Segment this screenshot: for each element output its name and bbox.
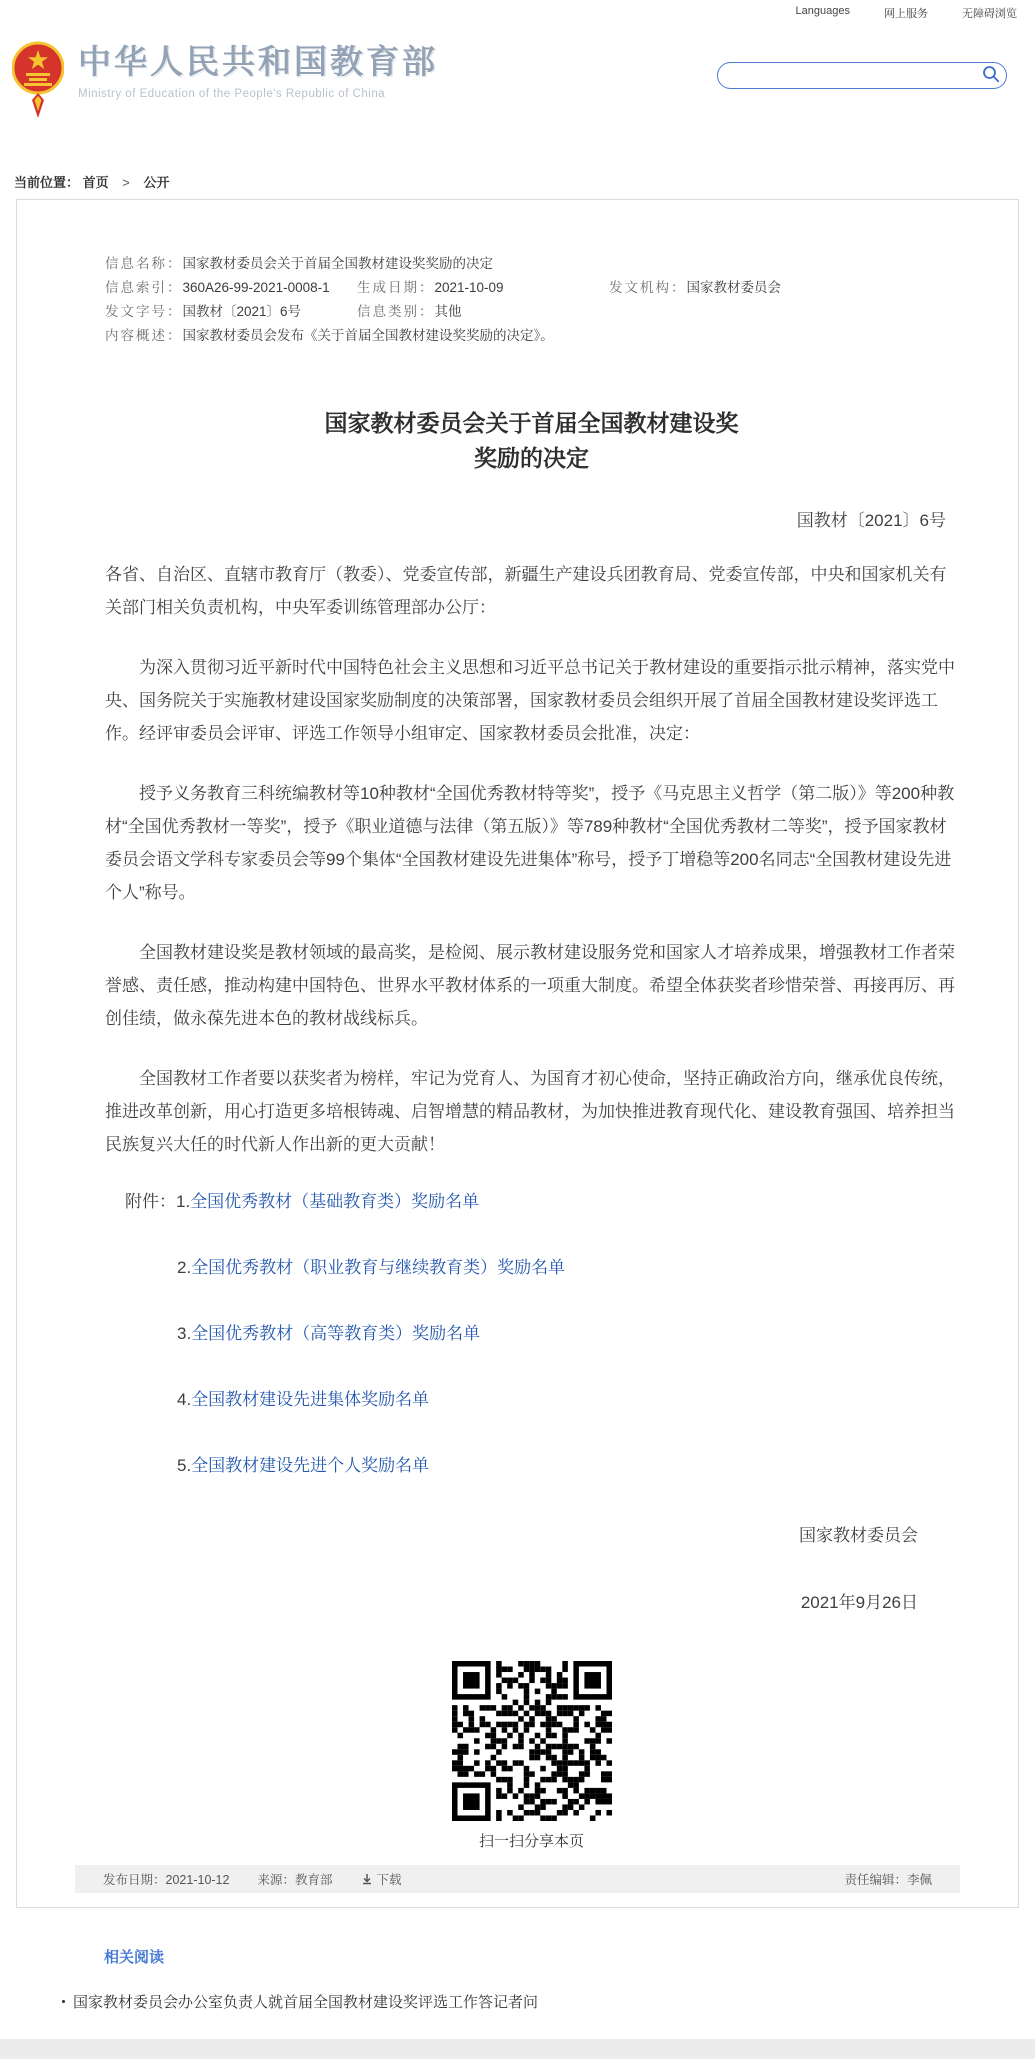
publish-date: 发布日期：2021-10-12 — [103, 1870, 229, 1888]
breadcrumb-label: 当前位置： — [14, 175, 79, 190]
article-title-line2: 奖励的决定 — [474, 445, 589, 471]
paragraph-3: 全国教材建设奖是教材领域的最高奖，是检阅、展示教材建设服务党和国家人才培养成果，… — [105, 936, 958, 1035]
attachments-list: 附件： 1. 全国优秀教材（基础教育类）奖励名单 2. 全国优秀教材（职业教育与… — [105, 1191, 958, 1477]
bullet-dot-icon — [62, 2000, 65, 2003]
related-reading-list: 国家教材委员会办公室负责人就首届全国教材建设奖评选工作答记者问 — [62, 1991, 1035, 2012]
paragraph-addressee: 各省、自治区、直辖市教育厅（教委）、党委宣传部，新疆生产建设兵团教育局、党委宣传… — [105, 558, 958, 624]
qr-caption: 扫一扫分享本页 — [105, 1830, 958, 1851]
document-card-inner: 信息名称： 国家教材委员会关于首届全国教材建设奖奖励的决定 信息索引：360A2… — [17, 200, 1018, 1851]
page-bottom-band — [0, 2039, 1035, 2059]
article-body: 各省、自治区、直辖市教育厅（教委）、党委宣传部，新疆生产建设兵团教育局、党委宣传… — [105, 558, 958, 1161]
attachment-4-num: 4. — [177, 1389, 191, 1411]
source-value: 教育部 — [295, 1873, 333, 1887]
publish-date-label: 发布日期： — [103, 1873, 166, 1887]
info-index-label: 信息索引： — [105, 280, 183, 295]
article-meta-bar: 发布日期：2021-10-12 来源：教育部 下载 责任编辑：李佩 — [75, 1865, 960, 1893]
attachments-label: 附件： — [125, 1191, 176, 1213]
info-index-cell: 信息索引：360A26-99-2021-0008-1 — [105, 276, 357, 300]
info-summary-label: 内容概述： — [105, 324, 183, 348]
attachment-row-1: 附件： 1. 全国优秀教材（基础教育类）奖励名单 — [105, 1191, 958, 1213]
download-label: 下载 — [377, 1870, 402, 1888]
attachment-1-num: 1. — [176, 1191, 190, 1213]
info-category-value: 其他 — [435, 304, 462, 319]
info-category-label: 信息类别： — [357, 304, 435, 319]
info-row-docno: 发文字号：国教材〔2021〕6号 信息类别：其他 — [105, 300, 958, 324]
info-date-value: 2021-10-09 — [435, 280, 504, 295]
accessibility-link[interactable]: 无障碍浏览 — [962, 5, 1017, 22]
info-org-value: 国家教材委员会 — [687, 280, 782, 295]
search-input[interactable] — [717, 62, 1007, 89]
source: 来源：教育部 — [257, 1870, 332, 1888]
editor-value: 李佩 — [907, 1873, 932, 1887]
signature-organization: 国家教材委员会 — [105, 1521, 958, 1546]
download-button[interactable]: 下载 — [361, 1870, 402, 1888]
info-org-cell: 发文机构：国家教材委员会 — [609, 276, 958, 300]
site-header: 中华人民共和国教育部 Ministry of Education of the … — [0, 22, 1035, 142]
languages-link[interactable]: Languages — [796, 5, 850, 22]
attachment-row-3: 3. 全国优秀教材（高等教育类）奖励名单 — [105, 1323, 958, 1345]
info-row-summary: 内容概述： 国家教材委员会发布《关于首届全国教材建设奖奖励的决定》。 — [105, 324, 958, 348]
top-utility-bar: Languages 网上服务 无障碍浏览 — [0, 0, 1035, 22]
search-box — [717, 62, 1007, 89]
article-title: 国家教材委员会关于首届全国教材建设奖 奖励的决定 — [105, 406, 958, 476]
download-icon — [361, 1873, 373, 1885]
breadcrumb-separator: > — [122, 175, 130, 190]
related-item: 国家教材委员会办公室负责人就首届全国教材建设奖评选工作答记者问 — [62, 1991, 1035, 2012]
editor-label: 责任编辑： — [844, 1873, 907, 1887]
site-subtitle: Ministry of Education of the People's Re… — [78, 88, 438, 100]
signature-date: 2021年9月26日 — [105, 1588, 958, 1613]
search-icon — [981, 64, 1001, 84]
qr-share-block: 扫一扫分享本页 — [105, 1661, 958, 1851]
attachment-row-2: 2. 全国优秀教材（职业教育与继续教育类）奖励名单 — [105, 1257, 958, 1279]
search-button[interactable] — [979, 64, 1003, 87]
document-info-table: 信息名称： 国家教材委员会关于首届全国教材建设奖奖励的决定 信息索引：360A2… — [105, 252, 958, 348]
breadcrumb: 当前位置： 首页 > 公开 — [14, 172, 1035, 191]
info-category-cell: 信息类别：其他 — [357, 300, 609, 324]
attachment-row-5: 5. 全国教材建设先进个人奖励名单 — [105, 1455, 958, 1477]
info-date-cell: 生成日期：2021-10-09 — [357, 276, 609, 300]
attachment-2-num: 2. — [177, 1257, 191, 1279]
paragraph-4: 全国教材工作者要以获奖者为榜样，牢记为党育人、为国育才初心使命，坚持正确政治方向… — [105, 1062, 958, 1161]
breadcrumb-section-link[interactable]: 公开 — [144, 175, 170, 190]
attachment-2-link[interactable]: 全国优秀教材（职业教育与继续教育类）奖励名单 — [191, 1257, 565, 1279]
editor: 责任编辑：李佩 — [844, 1870, 932, 1888]
brand-text: 中华人民共和国教育部 Ministry of Education of the … — [78, 40, 438, 100]
publish-date-value: 2021-10-12 — [166, 1873, 230, 1887]
info-docno-label: 发文字号： — [105, 304, 183, 319]
info-date-label: 生成日期： — [357, 280, 435, 295]
info-index-value: 360A26-99-2021-0008-1 — [183, 280, 330, 295]
national-emblem-icon — [12, 40, 64, 118]
site-brand: 中华人民共和国教育部 Ministry of Education of the … — [12, 40, 438, 118]
attachment-1-link[interactable]: 全国优秀教材（基础教育类）奖励名单 — [190, 1191, 479, 1213]
info-name-value: 国家教材委员会关于首届全国教材建设奖奖励的决定 — [183, 252, 494, 276]
info-row-name: 信息名称： 国家教材委员会关于首届全国教材建设奖奖励的决定 — [105, 252, 958, 276]
related-reading-section: 相关阅读 国家教材委员会办公室负责人就首届全国教材建设奖评选工作答记者问 — [0, 1946, 1035, 2012]
article-doc-number: 国教材〔2021〕6号 — [105, 506, 958, 531]
info-docno-value: 国教材〔2021〕6号 — [183, 304, 302, 319]
online-service-link[interactable]: 网上服务 — [884, 5, 928, 22]
info-summary-value: 国家教材委员会发布《关于首届全国教材建设奖奖励的决定》。 — [183, 324, 554, 348]
attachment-5-link[interactable]: 全国教材建设先进个人奖励名单 — [191, 1455, 429, 1477]
info-row-index: 信息索引：360A26-99-2021-0008-1 生成日期：2021-10-… — [105, 276, 958, 300]
attachment-5-num: 5. — [177, 1455, 191, 1477]
attachment-4-link[interactable]: 全国教材建设先进集体奖励名单 — [191, 1389, 429, 1411]
breadcrumb-home-link[interactable]: 首页 — [83, 175, 109, 190]
info-docno-cell: 发文字号：国教材〔2021〕6号 — [105, 300, 357, 324]
related-item-link[interactable]: 国家教材委员会办公室负责人就首届全国教材建设奖评选工作答记者问 — [73, 1991, 538, 2012]
attachment-row-4: 4. 全国教材建设先进集体奖励名单 — [105, 1389, 958, 1411]
qr-code-image — [452, 1661, 612, 1821]
paragraph-2: 授予义务教育三科统编教材等10种教材“全国优秀教材特等奖”，授予《马克思主义哲学… — [105, 777, 958, 909]
site-title: 中华人民共和国教育部 — [78, 42, 438, 82]
related-reading-heading: 相关阅读 — [104, 1946, 1035, 1967]
attachment-3-link[interactable]: 全国优秀教材（高等教育类）奖励名单 — [191, 1323, 480, 1345]
document-card: 信息名称： 国家教材委员会关于首届全国教材建设奖奖励的决定 信息索引：360A2… — [16, 199, 1019, 1908]
article-title-line1: 国家教材委员会关于首届全国教材建设奖 — [325, 410, 739, 436]
info-name-label: 信息名称： — [105, 252, 183, 276]
paragraph-1: 为深入贯彻习近平新时代中国特色社会主义思想和习近平总书记关于教材建设的重要指示批… — [105, 651, 958, 750]
source-label: 来源： — [257, 1873, 295, 1887]
attachment-3-num: 3. — [177, 1323, 191, 1345]
info-org-label: 发文机构： — [609, 280, 687, 295]
